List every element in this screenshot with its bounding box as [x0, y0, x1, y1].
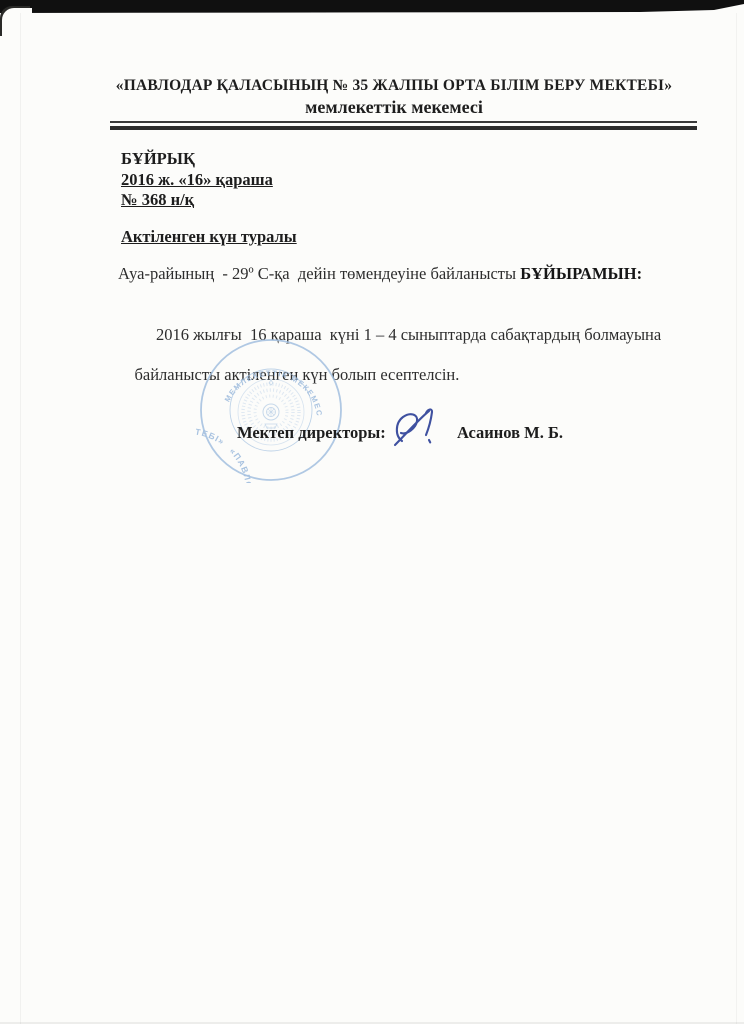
signature-role-label: Мектеп директоры: [237, 423, 386, 443]
letterhead-divider [110, 121, 697, 130]
order-subject: Актіленген күн туралы [121, 227, 297, 247]
order-intro-line: Ауа-райының - 29º С-қа дейін төмендеуіне… [118, 264, 666, 285]
organization-name: «ПАВЛОДАР ҚАЛАСЫНЫҢ № 35 ЖАЛПЫ ОРТА БІЛІ… [92, 77, 696, 95]
order-heading-block: БҰЙРЫҚ 2016 ж. «16» қараша № 368 н/қ [121, 149, 273, 211]
scanner-edge-shadow [0, 0, 744, 13]
handwritten-signature [392, 404, 446, 450]
page-crease-left [20, 13, 21, 1024]
page-corner-curl [2, 8, 32, 38]
order-number: № 368 н/қ [121, 190, 273, 211]
organization-type: мемлекеттік мекемесі [92, 97, 696, 118]
letterhead: «ПАВЛОДАР ҚАЛАСЫНЫҢ № 35 ЖАЛПЫ ОРТА БІЛІ… [92, 77, 696, 118]
signature-name: Асаинов М. Б. [457, 423, 563, 443]
official-round-stamp: «ПАВЛОДАР ҚАЛАСЫНЫҢ № 35 ЖАЛПЫ ОРТА БІЛІ… [196, 337, 346, 483]
decree-word: БҰЙЫРАМЫН: [520, 264, 642, 283]
order-date: 2016 ж. «16» қараша [121, 170, 273, 191]
page-crease-right [736, 13, 737, 1024]
order-title: БҰЙРЫҚ [121, 149, 273, 170]
scanned-document-page: «ПАВЛОДАР ҚАЛАСЫНЫҢ № 35 ЖАЛПЫ ОРТА БІЛІ… [0, 0, 744, 1024]
intro-text: Ауа-райының - 29º С-қа дейін төмендеуіне… [118, 264, 520, 283]
